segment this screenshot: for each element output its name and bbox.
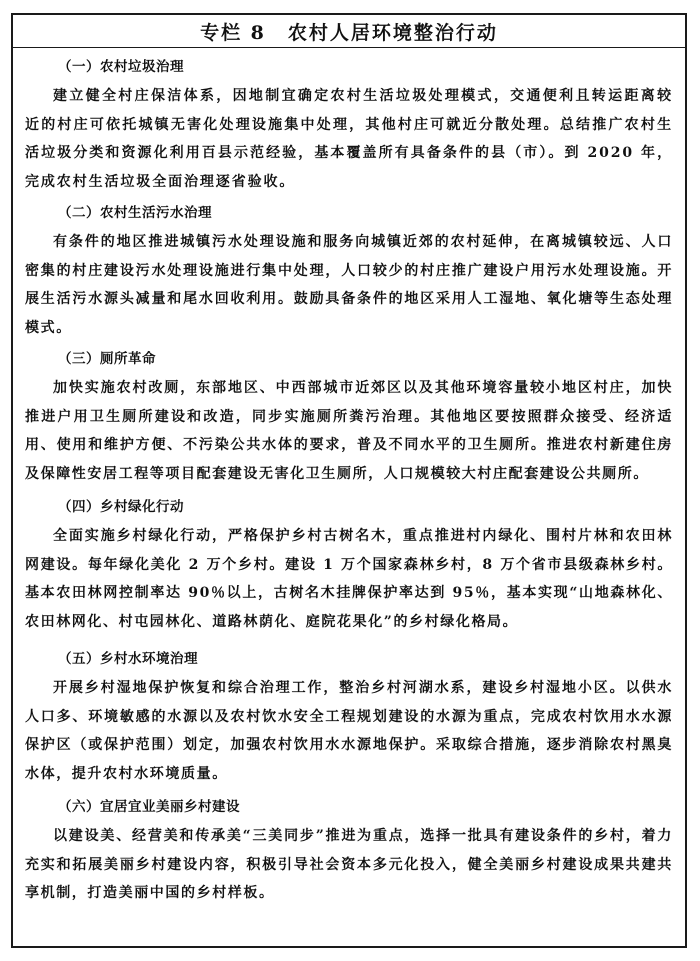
- section-heading: （一）农村垃圾治理: [25, 52, 673, 82]
- section-rural-sewage: （二）农村生活污水治理 有条件的地区推进城镇污水处理设施和服务向城镇近郊的农村延…: [25, 198, 673, 342]
- section-rural-waste: （一）农村垃圾治理 建立健全村庄保洁体系，因地制宜确定农村生活垃圾处理模式，交通…: [25, 52, 673, 196]
- section-heading: （四）乡村绿化行动: [25, 492, 673, 522]
- section-heading: （六）宜居宜业美丽乡村建设: [25, 792, 673, 822]
- section-body: 全面实施乡村绿化行动，严格保护乡村古树名木，重点推进村内绿化、围村片林和农田林网…: [25, 522, 673, 636]
- section-toilet-revolution: （三）厕所革命 加快实施农村改厕，东部地区、中西部城市近郊区以及其他环境容量较小…: [25, 344, 673, 488]
- box-title-bar: 专栏 8 农村人居环境整治行动: [13, 15, 685, 48]
- section-rural-greening: （四）乡村绿化行动 全面实施乡村绿化行动，严格保护乡村古树名木，重点推进村内绿化…: [25, 492, 673, 636]
- box-title: 农村人居环境整治行动: [288, 18, 498, 45]
- section-body: 以建设美、经营美和传承美“三美同步”推进为重点，选择一批具有建设条件的乡村，着力…: [25, 822, 673, 908]
- box-column-number: 专栏 8: [200, 18, 266, 45]
- section-body: 建立健全村庄保洁体系，因地制宜确定农村生活垃圾处理模式，交通便利且转运距离较近的…: [25, 82, 673, 196]
- section-body: 开展乡村湿地保护恢复和综合治理工作，整治乡村河湖水系，建设乡村湿地小区。以供水人…: [25, 674, 673, 788]
- section-heading: （五）乡村水环境治理: [25, 644, 673, 674]
- section-beautiful-villages: （六）宜居宜业美丽乡村建设 以建设美、经营美和传承美“三美同步”推进为重点，选择…: [25, 792, 673, 908]
- section-body: 加快实施农村改厕，东部地区、中西部城市近郊区以及其他环境容量较小地区村庄，加快推…: [25, 374, 673, 488]
- section-heading: （二）农村生活污水治理: [25, 198, 673, 228]
- feature-box: 专栏 8 农村人居环境整治行动 （一）农村垃圾治理 建立健全村庄保洁体系，因地制…: [11, 13, 687, 948]
- section-body: 有条件的地区推进城镇污水处理设施和服务向城镇近郊的农村延伸，在离城镇较远、人口密…: [25, 228, 673, 342]
- box-content: （一）农村垃圾治理 建立健全村庄保洁体系，因地制宜确定农村生活垃圾处理模式，交通…: [13, 48, 685, 908]
- section-heading: （三）厕所革命: [25, 344, 673, 374]
- section-water-environment: （五）乡村水环境治理 开展乡村湿地保护恢复和综合治理工作，整治乡村河湖水系，建设…: [25, 644, 673, 788]
